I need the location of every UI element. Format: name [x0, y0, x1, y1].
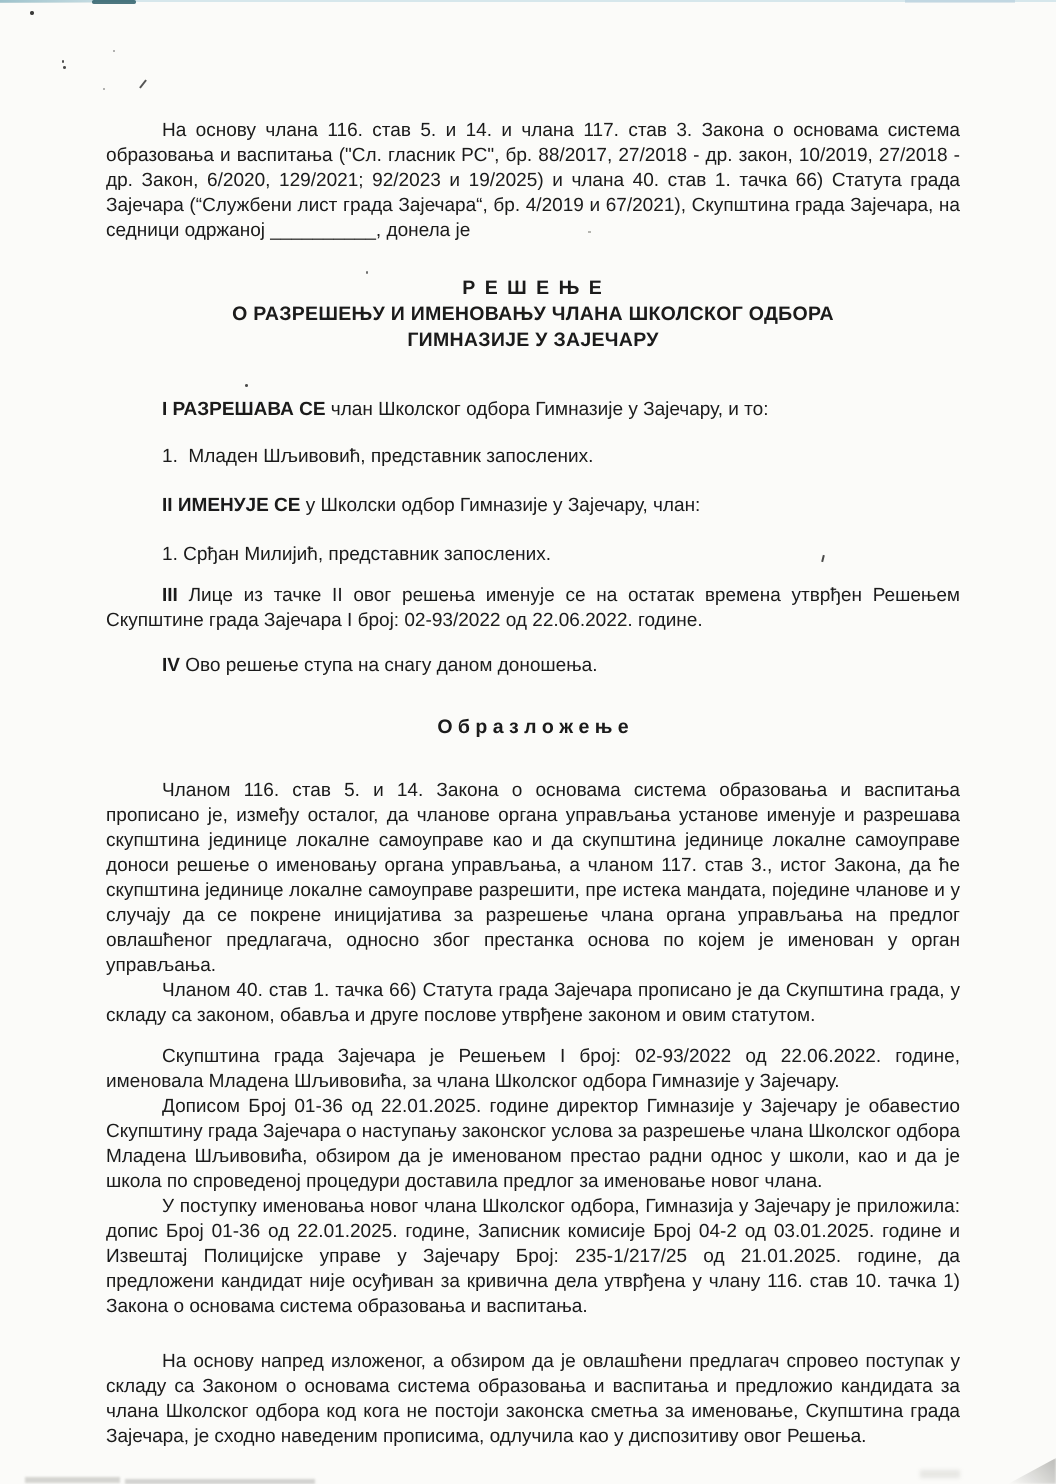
decision-title: Р Е Ш Е Њ Е О РАЗРЕШЕЊУ И ИМЕНОВАЊУ ЧЛАН… — [106, 275, 960, 353]
scan-edge-tint — [0, 0, 95, 3]
section-i-item-1: 1. Младен Шљивовић, представник запослен… — [106, 444, 960, 469]
decision-title-word: Р Е Ш Е Њ Е — [106, 275, 960, 301]
scan-edge-tint-right — [905, 0, 1015, 3]
scan-bottom-smudge — [125, 1479, 315, 1484]
section-ii-text: у Школски одбор Гимназије у Зајечару, чл… — [300, 495, 700, 516]
document-body: На основу члана 116. став 5. и 14. и чла… — [106, 118, 960, 1449]
section-i-heading: I РАЗРЕШАВА СЕ члан Школског одбора Гимн… — [106, 397, 960, 422]
scan-bottom-smudge — [920, 1470, 960, 1478]
section-ii-item-1: 1. Срђан Милијић, представник запослених… — [106, 542, 960, 567]
scan-speck — [103, 88, 105, 90]
decision-title-subject: О РАЗРЕШЕЊУ И ИМЕНОВАЊУ ЧЛАНА ШКОЛСКОГ О… — [106, 301, 960, 327]
scan-corner-smudge — [1008, 1458, 1056, 1484]
section-iv-label: IV — [162, 655, 180, 676]
explanation-paragraph-6: На основу напред изложеног, а обзиром да… — [106, 1349, 960, 1449]
scan-speck — [30, 11, 34, 15]
explanation-paragraph-3: Скупштина града Зајечара је Решењем I бр… — [106, 1044, 960, 1094]
explanation-paragraph-4: Дописом Број 01-36 од 22.01.2025. године… — [106, 1094, 960, 1194]
section-iv-paragraph: IV Ово решење ступа на снагу даном донош… — [106, 653, 960, 678]
scan-speck — [62, 60, 64, 63]
section-ii-heading: II ИМЕНУЈЕ СЕ у Школски одбор Гимназије … — [106, 493, 960, 518]
scan-stray-mark — [139, 79, 147, 88]
scan-speck — [113, 50, 115, 52]
section-iii-text: Лице из тачке II овог решења именује се … — [106, 585, 960, 631]
decision-title-institution: ГИМНАЗИЈЕ У ЗАЈЕЧАРУ — [106, 327, 960, 353]
section-i-label: I РАЗРЕШАВА СЕ — [162, 399, 326, 420]
explanation-paragraph-1: Чланом 116. став 5. и 14. Закона о основ… — [106, 778, 960, 978]
scan-edge-line — [0, 0, 1056, 2]
scan-bottom-smudge — [25, 1477, 120, 1483]
section-ii-label: II ИМЕНУЈЕ СЕ — [162, 495, 300, 516]
scan-speck — [63, 66, 66, 69]
preamble-paragraph: На основу члана 116. став 5. и 14. и чла… — [106, 118, 960, 243]
section-iii-label: III — [162, 585, 178, 606]
section-i-text: члан Школског одбора Гимназије у Зајечар… — [326, 399, 769, 420]
explanation-paragraph-2: Чланом 40. став 1. тачка 66) Статута гра… — [106, 978, 960, 1028]
explanation-paragraph-5: У поступку именовања новог члана Школско… — [106, 1194, 960, 1319]
scanned-document-page: На основу члана 116. став 5. и 14. и чла… — [0, 0, 1056, 1484]
section-iv-text: Ово решење ступа на снагу даном доношења… — [180, 655, 598, 676]
explanation-heading: О б р а з л о ж е њ е — [106, 714, 960, 740]
scan-edge-blot — [92, 0, 136, 4]
section-iii-paragraph: III Лице из тачке II овог решења именује… — [106, 583, 960, 633]
